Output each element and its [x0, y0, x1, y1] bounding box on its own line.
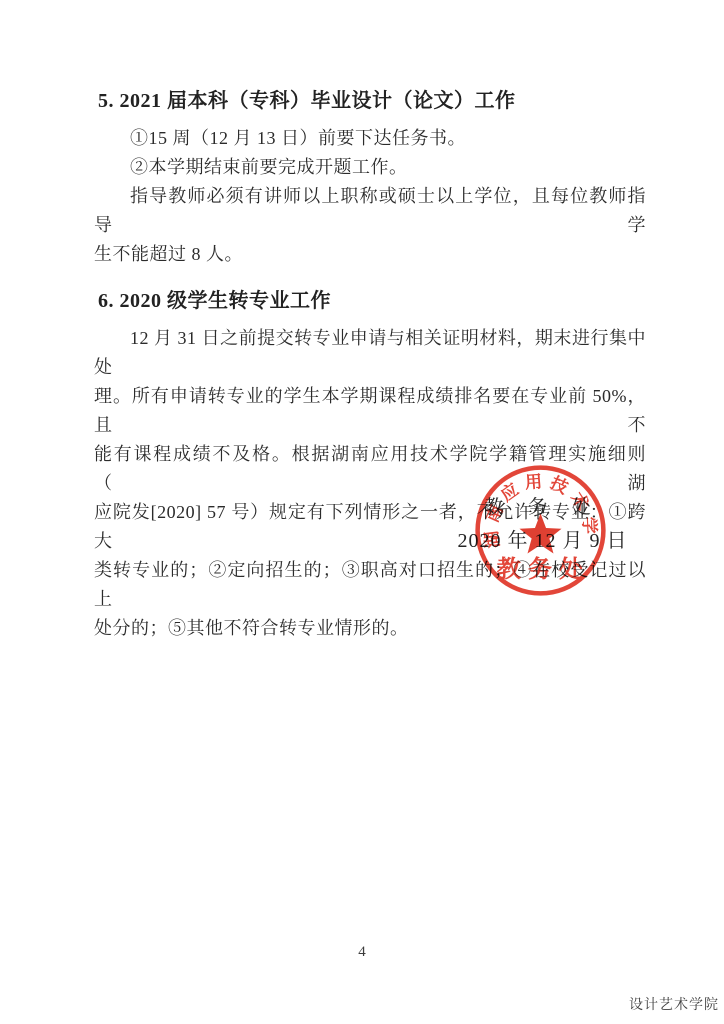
section-5-heading: 5. 2021 届本科（专科）毕业设计（论文）工作 [98, 86, 646, 116]
star-icon [519, 513, 561, 553]
section-5-line-3: 指导教师必须有讲师以上职称或硕士以上学位，且每位教师指导学 [94, 182, 646, 240]
watermark-college-name: 设计艺术学院 [629, 994, 719, 1014]
official-seal-icon: 湖南应用技术学院 教务处 [460, 450, 621, 611]
section-6-line-6: 处分的；⑤其他不符合转专业情形的。 [94, 614, 646, 643]
section-6-heading: 6. 2020 级学生转专业工作 [98, 286, 646, 316]
section-5-line-2: ②本学期结束前要完成开题工作。 [94, 153, 646, 182]
section-5-line-1: ①15 周（12 月 13 日）前要下达任务书。 [94, 124, 646, 153]
section-6-line-2: 理。所有申请转专业的学生本学期课程成绩排名要在专业前 50%，且不 [94, 382, 646, 440]
section-5-line-4: 生不能超过 8 人。 [94, 240, 646, 269]
seal-department-text: 教务处 [496, 555, 591, 583]
page-number: 4 [0, 944, 724, 961]
section-6-line-1: 12 月 31 日之前提交转专业申请与相关证明材料，期末进行集中处 [94, 324, 646, 382]
